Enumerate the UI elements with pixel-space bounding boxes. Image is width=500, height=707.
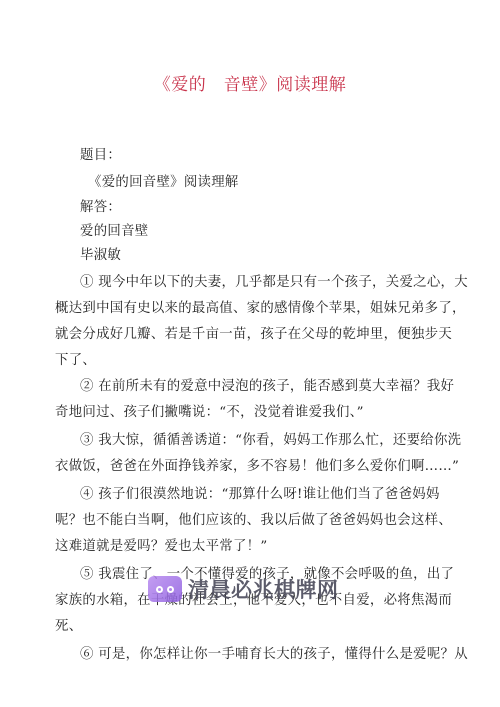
paragraph-1-line-1: ① 现今中年以下的夫妻，几乎都是只有一个孩子，关爱之心，大 <box>80 270 470 296</box>
document-title: 《爱的 音壁》阅读理解 <box>0 70 500 95</box>
paragraph-3-line-2: 衣做饭，爸爸在外面挣钱养家，多不容易！他们多么爱你们啊……” <box>55 454 445 480</box>
paragraph-1-line-3: 就会分成好几瓣、若是千亩一苗，孩子在父母的乾坤里，便独步天 <box>55 322 445 348</box>
paragraph-5-line-3: 死、 <box>55 614 445 640</box>
paragraph-3-line-1: ③ 我大惊，循循善诱道：“你看，妈妈工作那么忙，还要给你洗 <box>80 428 470 454</box>
question-label: 题目： <box>80 143 470 169</box>
question-title: 《爱的回音壁》阅读理解 <box>88 170 478 196</box>
paragraph-2-line-1: ② 在前所未有的爱意中浸泡的孩子，能否感到莫大幸福？我好 <box>80 374 470 400</box>
paragraph-1-line-4: 下了、 <box>55 348 445 374</box>
cat-face-icon <box>148 576 182 602</box>
paragraph-2-line-2: 奇地问过、孩子们撇嘴说：“不，没觉着谁爱我们、” <box>55 400 445 426</box>
watermark: 清晨必兆棋牌网 <box>148 572 339 606</box>
article-title: 爱的回音壁 <box>80 219 470 245</box>
watermark-text: 清晨必兆棋牌网 <box>188 574 339 604</box>
paragraph-4-line-1: ④ 孩子们很漠然地说：“那算什么呀!谁让他们当了爸爸妈妈 <box>80 482 470 508</box>
paragraph-6-line-1: ⑥ 可是，你怎样让你一手哺育长大的孩子，懂得什么是爱呢？从 <box>80 642 470 668</box>
paragraph-4-line-3: 这难道就是爱吗？爱也太平常了！” <box>55 534 445 560</box>
paragraph-1-line-2: 概达到中国有史以来的最高值、家的感情像个苹果，姐妹兄弟多了， <box>55 296 445 322</box>
paragraph-4-line-2: 呢？也不能白当啊，他们应该的、我以后做了爸爸妈妈也会这样、 <box>55 508 445 534</box>
article-author: 毕淑敏 <box>80 243 470 269</box>
document-page: 《爱的 音壁》阅读理解 题目： 《爱的回音壁》阅读理解 解答： 爱的回音壁 毕淑… <box>0 0 500 707</box>
answer-label: 解答： <box>80 195 470 221</box>
